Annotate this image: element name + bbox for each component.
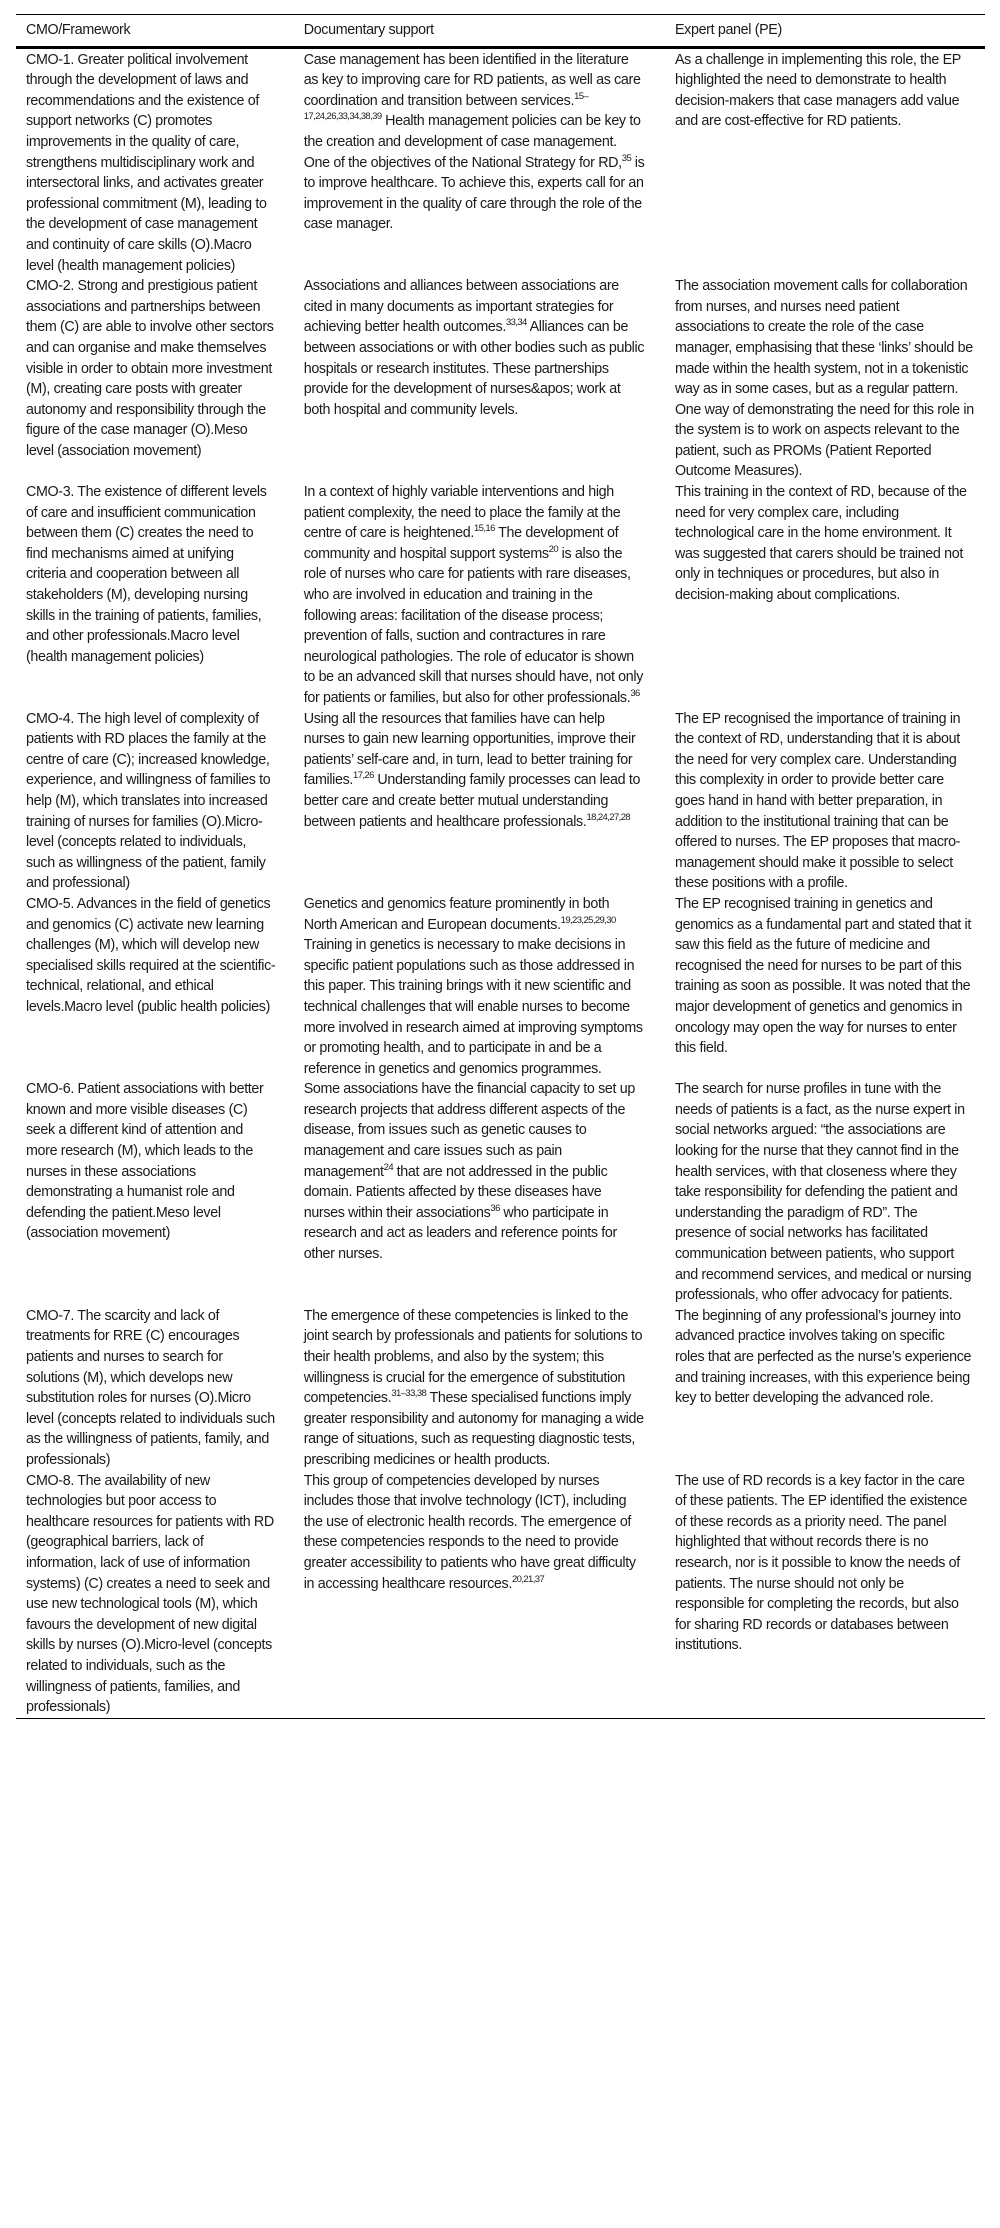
cell-expert-panel: This training in the context of RD, beca… <box>675 482 985 709</box>
table-row: CMO-5. Advances in the field of genetics… <box>16 894 985 1079</box>
cmo-text: CMO-5. Advances in the field of genetics… <box>26 894 276 1018</box>
table-row: CMO-2. Strong and prestigious patient as… <box>16 276 985 482</box>
citation-superscript: 18,24,27,28 <box>586 812 630 823</box>
table-row: CMO-7. The scarcity and lack of treatmen… <box>16 1306 985 1471</box>
cell-documentary-support: In a context of highly variable interven… <box>294 482 675 709</box>
citation-superscript: 20 <box>549 544 558 555</box>
cell-documentary-support: This group of competencies developed by … <box>294 1471 675 1719</box>
expert-panel-text: This training in the context of RD, beca… <box>675 482 975 606</box>
documentary-text-segment: Training in genetics is necessary to mak… <box>304 937 643 1077</box>
citation-superscript: 20,21,37 <box>512 1574 544 1585</box>
cell-cmo-framework: CMO-8. The availability of new technolog… <box>16 1471 294 1719</box>
cell-documentary-support: Using all the resources that families ha… <box>294 709 675 894</box>
cell-cmo-framework: CMO-2. Strong and prestigious patient as… <box>16 276 294 482</box>
cmo-framework-table: CMO/Framework Documentary support Expert… <box>16 14 985 1719</box>
documentary-text-segment: is also the role of nurses who care for … <box>304 546 643 706</box>
cell-expert-panel: The beginning of any professional’s jour… <box>675 1306 985 1471</box>
cell-cmo-framework: CMO-4. The high level of complexity of p… <box>16 709 294 894</box>
header-documentary-support: Documentary support <box>294 15 675 48</box>
cmo-text: CMO-2. Strong and prestigious patient as… <box>26 276 276 461</box>
cell-documentary-support: Case management has been identified in t… <box>294 47 675 276</box>
cell-expert-panel: The EP recognised the importance of trai… <box>675 709 985 894</box>
expert-panel-text: The EP recognised the importance of trai… <box>675 709 975 894</box>
citation-superscript: 33,34 <box>506 317 527 328</box>
documentary-text-segment: Case management has been identified in t… <box>304 52 641 109</box>
cmo-text: CMO-1. Greater political involvement thr… <box>26 50 276 277</box>
expert-panel-text: The beginning of any professional’s jour… <box>675 1306 975 1409</box>
cell-cmo-framework: CMO-6. Patient associations with better … <box>16 1079 294 1306</box>
expert-panel-text: As a challenge in implementing this role… <box>675 50 975 132</box>
documentary-text: Some associations have the financial cap… <box>304 1079 646 1264</box>
table-row: CMO-3. The existence of different levels… <box>16 482 985 709</box>
citation-superscript: 15,16 <box>474 523 495 534</box>
cmo-text: CMO-3. The existence of different levels… <box>26 482 276 667</box>
cell-expert-panel: The search for nurse profiles in tune wi… <box>675 1079 985 1306</box>
expert-panel-text: The association movement calls for colla… <box>675 276 975 482</box>
cell-expert-panel: As a challenge in implementing this role… <box>675 47 985 276</box>
cmo-text: CMO-8. The availability of new technolog… <box>26 1471 276 1718</box>
citation-superscript: 36 <box>630 688 639 699</box>
documentary-text: Genetics and genomics feature prominentl… <box>304 894 646 1079</box>
table-row: CMO-4. The high level of complexity of p… <box>16 709 985 894</box>
citation-superscript: 24 <box>384 1162 393 1173</box>
table-row: CMO-1. Greater political involvement thr… <box>16 47 985 276</box>
documentary-text: The emergence of these competencies is l… <box>304 1306 646 1471</box>
documentary-text: Associations and alliances between assoc… <box>304 276 646 420</box>
cmo-text: CMO-6. Patient associations with better … <box>26 1079 276 1244</box>
cell-expert-panel: The use of RD records is a key factor in… <box>675 1471 985 1719</box>
cmo-text: CMO-4. The high level of complexity of p… <box>26 709 276 894</box>
citation-superscript: 17,26 <box>353 770 374 781</box>
citation-superscript: 35 <box>622 153 631 164</box>
cell-expert-panel: The association movement calls for colla… <box>675 276 985 482</box>
table-row: CMO-6. Patient associations with better … <box>16 1079 985 1306</box>
cell-cmo-framework: CMO-1. Greater political involvement thr… <box>16 47 294 276</box>
cell-documentary-support: The emergence of these competencies is l… <box>294 1306 675 1471</box>
documentary-text: Case management has been identified in t… <box>304 50 646 235</box>
citation-superscript: 19,23,25,29,30 <box>561 915 616 926</box>
header-cmo-framework: CMO/Framework <box>16 15 294 48</box>
header-expert-panel: Expert panel (PE) <box>675 15 985 48</box>
expert-panel-text: The search for nurse profiles in tune wi… <box>675 1079 975 1306</box>
cmo-text: CMO-7. The scarcity and lack of treatmen… <box>26 1306 276 1471</box>
citation-superscript: 31–33,38 <box>391 1388 426 1399</box>
documentary-text: This group of competencies developed by … <box>304 1471 646 1595</box>
documentary-text: In a context of highly variable interven… <box>304 482 646 709</box>
cmo-table-container: CMO/Framework Documentary support Expert… <box>16 14 985 1719</box>
table-header: CMO/Framework Documentary support Expert… <box>16 15 985 48</box>
table-row: CMO-8. The availability of new technolog… <box>16 1471 985 1719</box>
expert-panel-text: The use of RD records is a key factor in… <box>675 1471 975 1656</box>
cell-documentary-support: Associations and alliances between assoc… <box>294 276 675 482</box>
cell-cmo-framework: CMO-5. Advances in the field of genetics… <box>16 894 294 1079</box>
documentary-text: Using all the resources that families ha… <box>304 709 646 833</box>
header-row: CMO/Framework Documentary support Expert… <box>16 15 985 48</box>
cell-documentary-support: Some associations have the financial cap… <box>294 1079 675 1306</box>
cell-documentary-support: Genetics and genomics feature prominentl… <box>294 894 675 1079</box>
citation-superscript: 36 <box>490 1203 499 1214</box>
expert-panel-text: The EP recognised training in genetics a… <box>675 894 975 1059</box>
cell-expert-panel: The EP recognised training in genetics a… <box>675 894 985 1079</box>
cell-cmo-framework: CMO-3. The existence of different levels… <box>16 482 294 709</box>
documentary-text-segment: This group of competencies developed by … <box>304 1473 636 1592</box>
table-body: CMO-1. Greater political involvement thr… <box>16 47 985 1718</box>
cell-cmo-framework: CMO-7. The scarcity and lack of treatmen… <box>16 1306 294 1471</box>
